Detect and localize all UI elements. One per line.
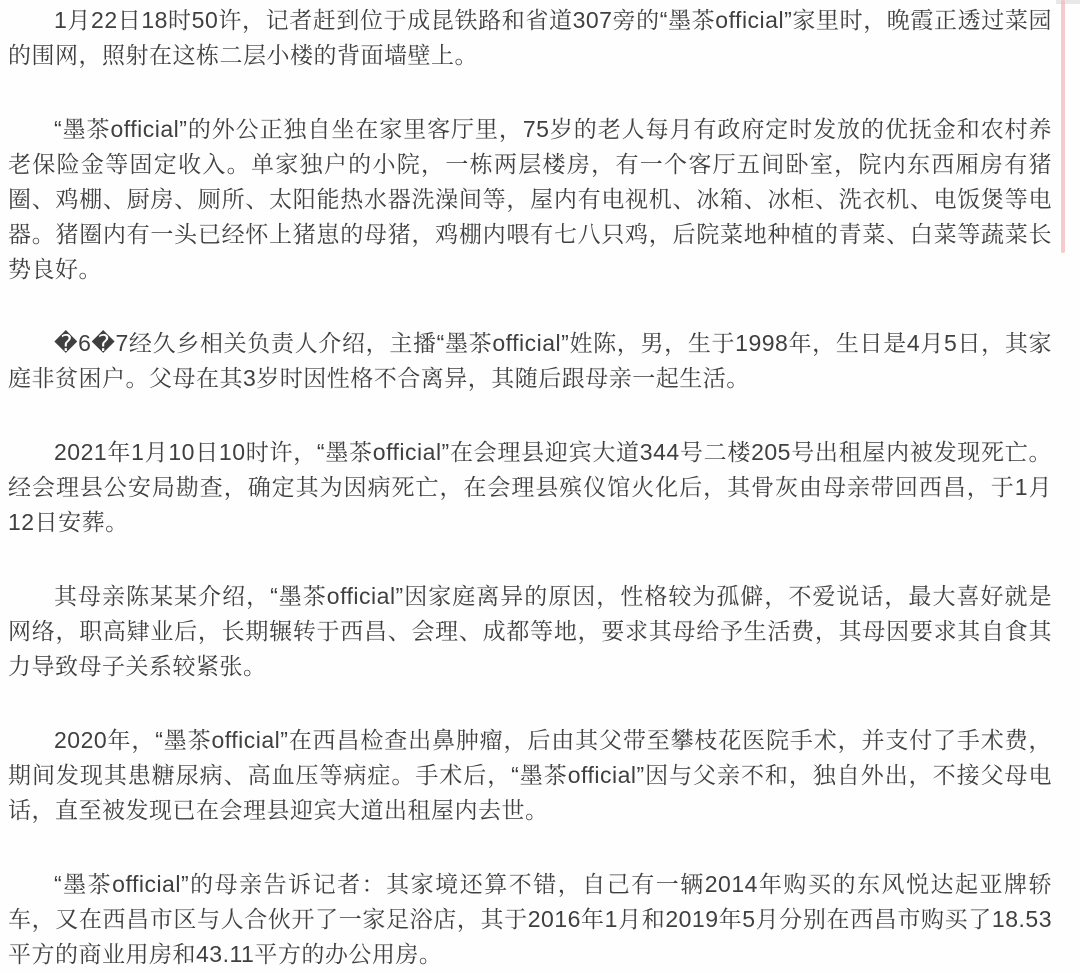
- scrollbar-track-cap: [1056, 0, 1080, 4]
- scrollbar-thumb[interactable]: [1061, 0, 1065, 253]
- article-paragraph: “墨茶official”的母亲告诉记者：其家境还算不错，自己有一辆2014年购买…: [8, 867, 1052, 972]
- article-paragraph: “墨茶official”的外公正独自坐在家里客厅里，75岁的老人每月有政府定时发…: [8, 112, 1052, 287]
- article-paragraph: �6�7经久乡相关负责人介绍，主播“墨茶official”姓陈，男，生于1998…: [8, 326, 1052, 396]
- article-paragraph: 其母亲陈某某介绍，“墨茶official”因家庭离异的原因，性格较为孤僻，不爱说…: [8, 579, 1052, 684]
- article-paragraph: 1月22日18时50许，记者赶到位于成昆铁路和省道307旁的“墨茶officia…: [8, 3, 1052, 73]
- article-paragraph: 2020年，“墨茶official”在西昌检查出鼻肿瘤，后由其父带至攀枝花医院手…: [8, 723, 1052, 828]
- article-body: 1月22日18时50许，记者赶到位于成昆铁路和省道307旁的“墨茶officia…: [0, 0, 1080, 972]
- article-paragraph: 2021年1月10日10时许，“墨茶official”在会理县迎宾大道344号二…: [8, 435, 1052, 540]
